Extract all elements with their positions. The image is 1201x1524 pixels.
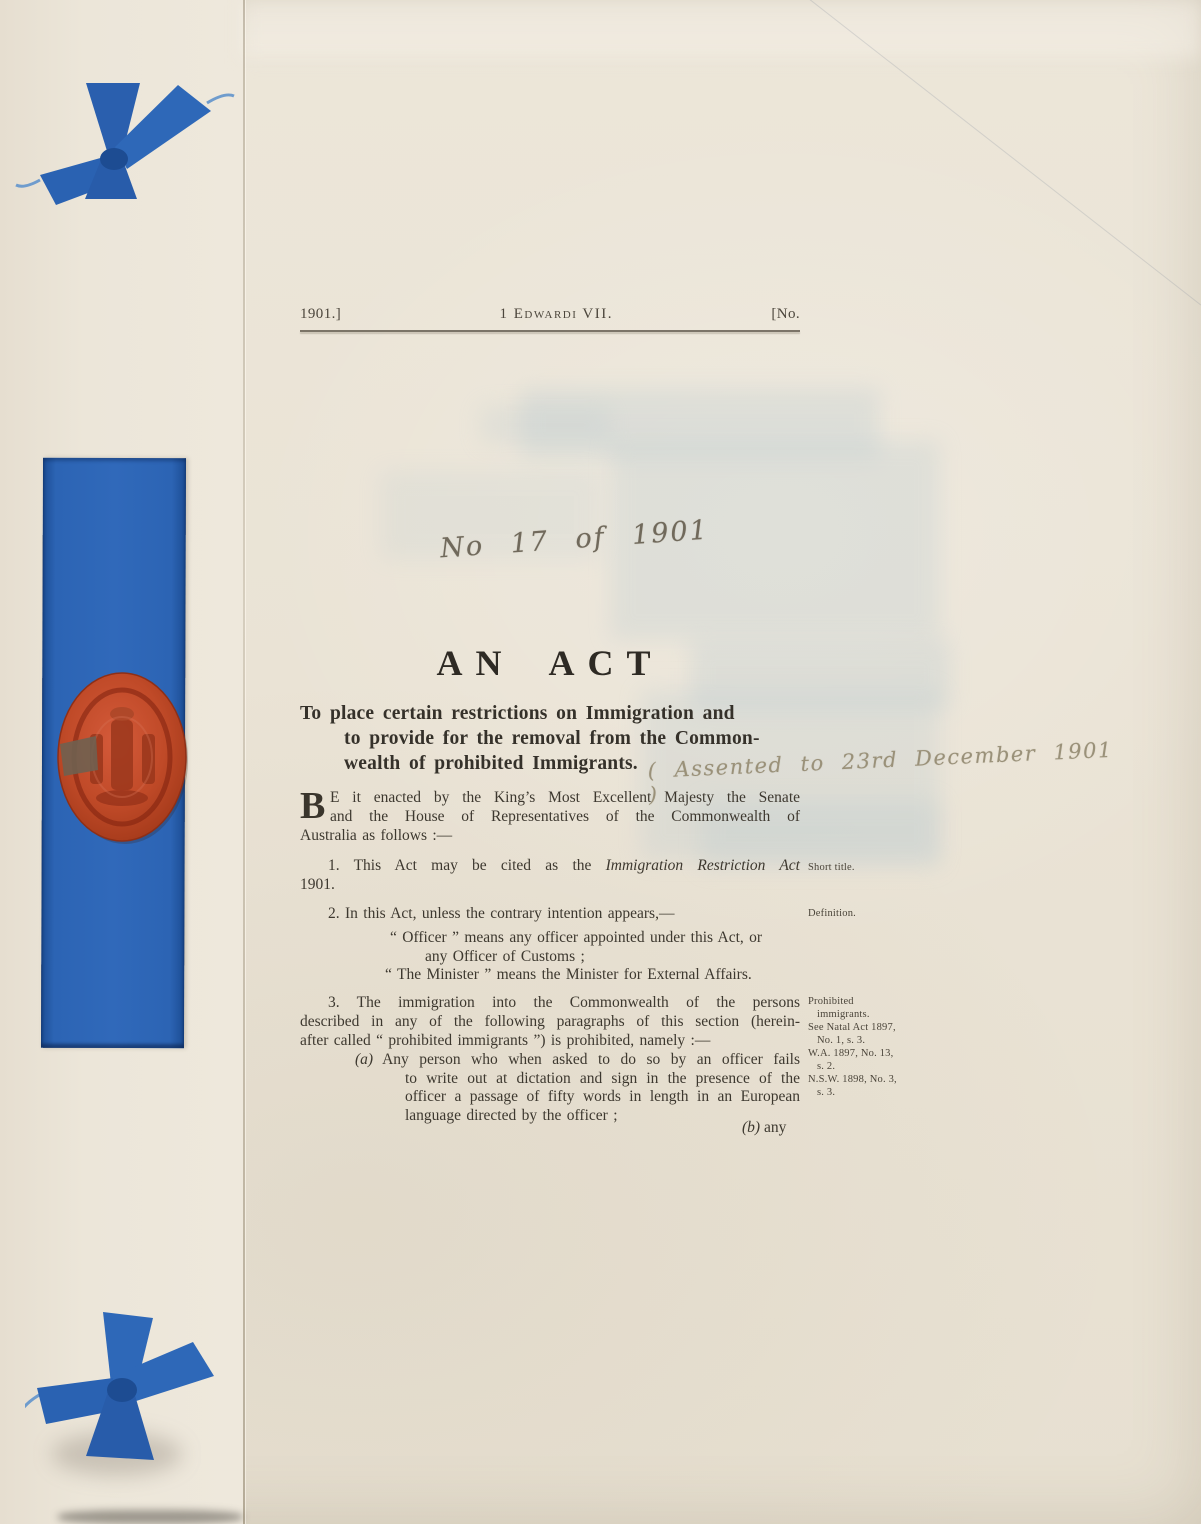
definition-minister: “ The Minister ” means the Minister for … [300, 966, 800, 985]
paragraph-a-label: (a) [355, 1051, 373, 1068]
header-year: 1901.] [300, 306, 341, 323]
section-1: 1. This Act may be cited as the Immigrat… [300, 856, 800, 894]
paragraph-a-line: (a)Any person who when asked to do so by… [300, 1051, 800, 1070]
margin-note-line: No. 1, s. 3. [808, 1034, 920, 1047]
handwritten-act-number: No 17 of 1901 [439, 515, 709, 565]
paragraph-a-line: officer a passage of fifty words in leng… [300, 1088, 800, 1107]
section-1-year: 1901. [300, 875, 800, 894]
margin-note-line: N.S.W. 1898, No. 3, [808, 1073, 920, 1086]
definition-officer: “ Officer ” means any officer appointed … [300, 929, 800, 948]
header-act-number: [No. [771, 306, 800, 323]
definition-officer-cont: any Officer of Customs ; [300, 948, 800, 967]
act-title: AN ACT [300, 642, 800, 684]
catchword: (b) any [742, 1119, 786, 1137]
long-title-line: To place certain restrictions on Immigra… [300, 701, 800, 726]
paragraph-a-line: language directed by the officer ; [300, 1107, 800, 1126]
enacting-line: and the House of Representatives of the … [300, 807, 800, 826]
header-regnal-title: 1 Edwardi VII. [500, 306, 613, 323]
margin-note-prohibited-immigrants: Prohibited immigrants. See Natal Act 189… [808, 995, 920, 1099]
margin-note-short-title: Short title. [808, 861, 920, 874]
enacting-dropcap: B [300, 789, 325, 823]
margin-note-line: s. 2. [808, 1060, 920, 1073]
section-3-line: described in any of the following paragr… [300, 1012, 800, 1031]
paragraph-a-line: to write out at dictation and sign in th… [300, 1070, 800, 1089]
margin-note-line: immigrants. [808, 1008, 920, 1021]
margin-note-line: See Natal Act 1897, [808, 1021, 920, 1034]
section-3-line: after called “ prohibited immigrants ”) … [300, 1031, 800, 1050]
catchword-word: any [760, 1119, 786, 1136]
margin-note-line: W.A. 1897, No. 13, [808, 1047, 920, 1060]
paragraph-a-text: Any person who when asked to do so by an… [382, 1051, 800, 1068]
header-rule [300, 330, 800, 332]
act-document-page: 1901.] 1 Edwardi VII. [No. No 17 of 1901… [0, 0, 1201, 1524]
section-1-text: 1. This Act may be cited as the [328, 857, 606, 874]
margin-note-line: s. 3. [808, 1086, 920, 1099]
section-2-definitions: “ Officer ” means any officer appointed … [300, 929, 800, 985]
section-3-paragraph-a: (a)Any person who when asked to do so by… [300, 1051, 800, 1125]
enacting-line: Australia as follows :— [300, 826, 800, 845]
margin-note-line: Prohibited [808, 995, 920, 1008]
printed-text-layer: 1901.] 1 Edwardi VII. [No. No 17 of 1901… [0, 0, 1201, 1524]
section-1-citation: Immigration Restriction Act [606, 857, 800, 874]
section-3-lead: 3. The immigration into the Commonwealth… [300, 993, 800, 1050]
margin-note-definition: Definition. [808, 907, 920, 920]
long-title-line: to provide for the removal from the Comm… [300, 726, 800, 751]
running-header: 1901.] 1 Edwardi VII. [No. [300, 306, 800, 323]
section-3-line: 3. The immigration into the Commonwealth… [300, 993, 800, 1012]
catchword-label: (b) [742, 1119, 760, 1136]
section-1-line: 1. This Act may be cited as the Immigrat… [300, 856, 800, 875]
section-2-lead: 2. In this Act, unless the contrary inte… [300, 904, 828, 923]
